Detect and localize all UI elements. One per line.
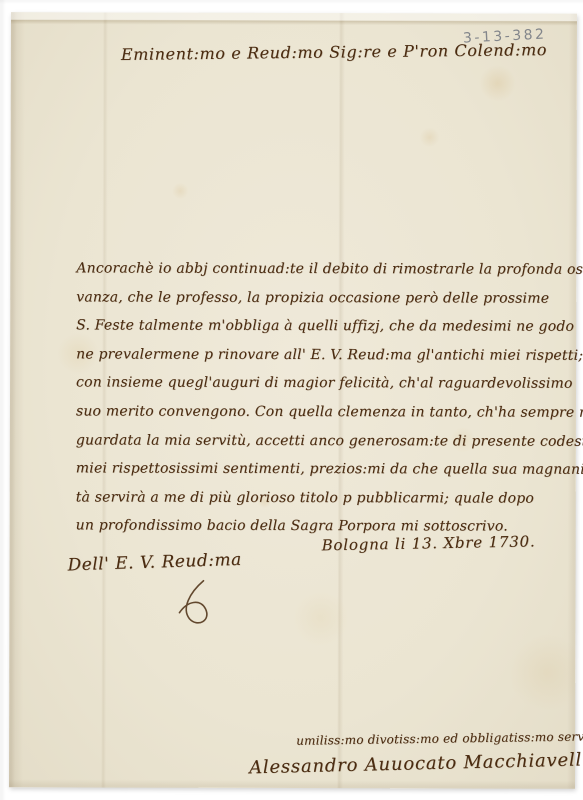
body-line: miei rispettosissimi sentimenti, prezios… xyxy=(76,455,541,485)
pen-flourish-icon xyxy=(159,579,239,629)
closing-line: Dell' E. V. Reud:ma xyxy=(67,550,242,576)
body-line: S. Feste talmente m'obbliga à quelli uff… xyxy=(76,312,541,342)
body-line: vanza, che le professo, la propizia occa… xyxy=(76,283,541,313)
letter-sheet: 3-13-382 Eminent:mo e Reud:mo Sig:re e P… xyxy=(9,12,577,788)
body-line: ne prevalermene p rinovare all' E. V. Re… xyxy=(76,340,541,370)
body-line: suo merito convengono. Con quella clemen… xyxy=(76,397,541,427)
valediction-line: umiliss:mo divotiss:mo ed obbligatiss:mo… xyxy=(296,729,583,748)
letter-body: Ancorachè io abbj continuad:te il debito… xyxy=(76,254,542,541)
body-line: tà servirà a me di più glorioso titolo p… xyxy=(76,483,541,513)
body-line: con insieme quegl'auguri di magior felic… xyxy=(76,369,541,399)
signature-line: Alessandro Auuocato Macchiavelli xyxy=(249,749,583,778)
dateline: Bologna li 13. Xbre 1730. xyxy=(321,532,535,554)
body-line: Ancorachè io abbj continuad:te il debito… xyxy=(76,254,541,284)
body-line: guardata la mia servitù, accetti anco ge… xyxy=(76,426,541,456)
salutation-line: Eminent:mo e Reud:mo Sig:re e P'ron Cole… xyxy=(121,41,466,64)
